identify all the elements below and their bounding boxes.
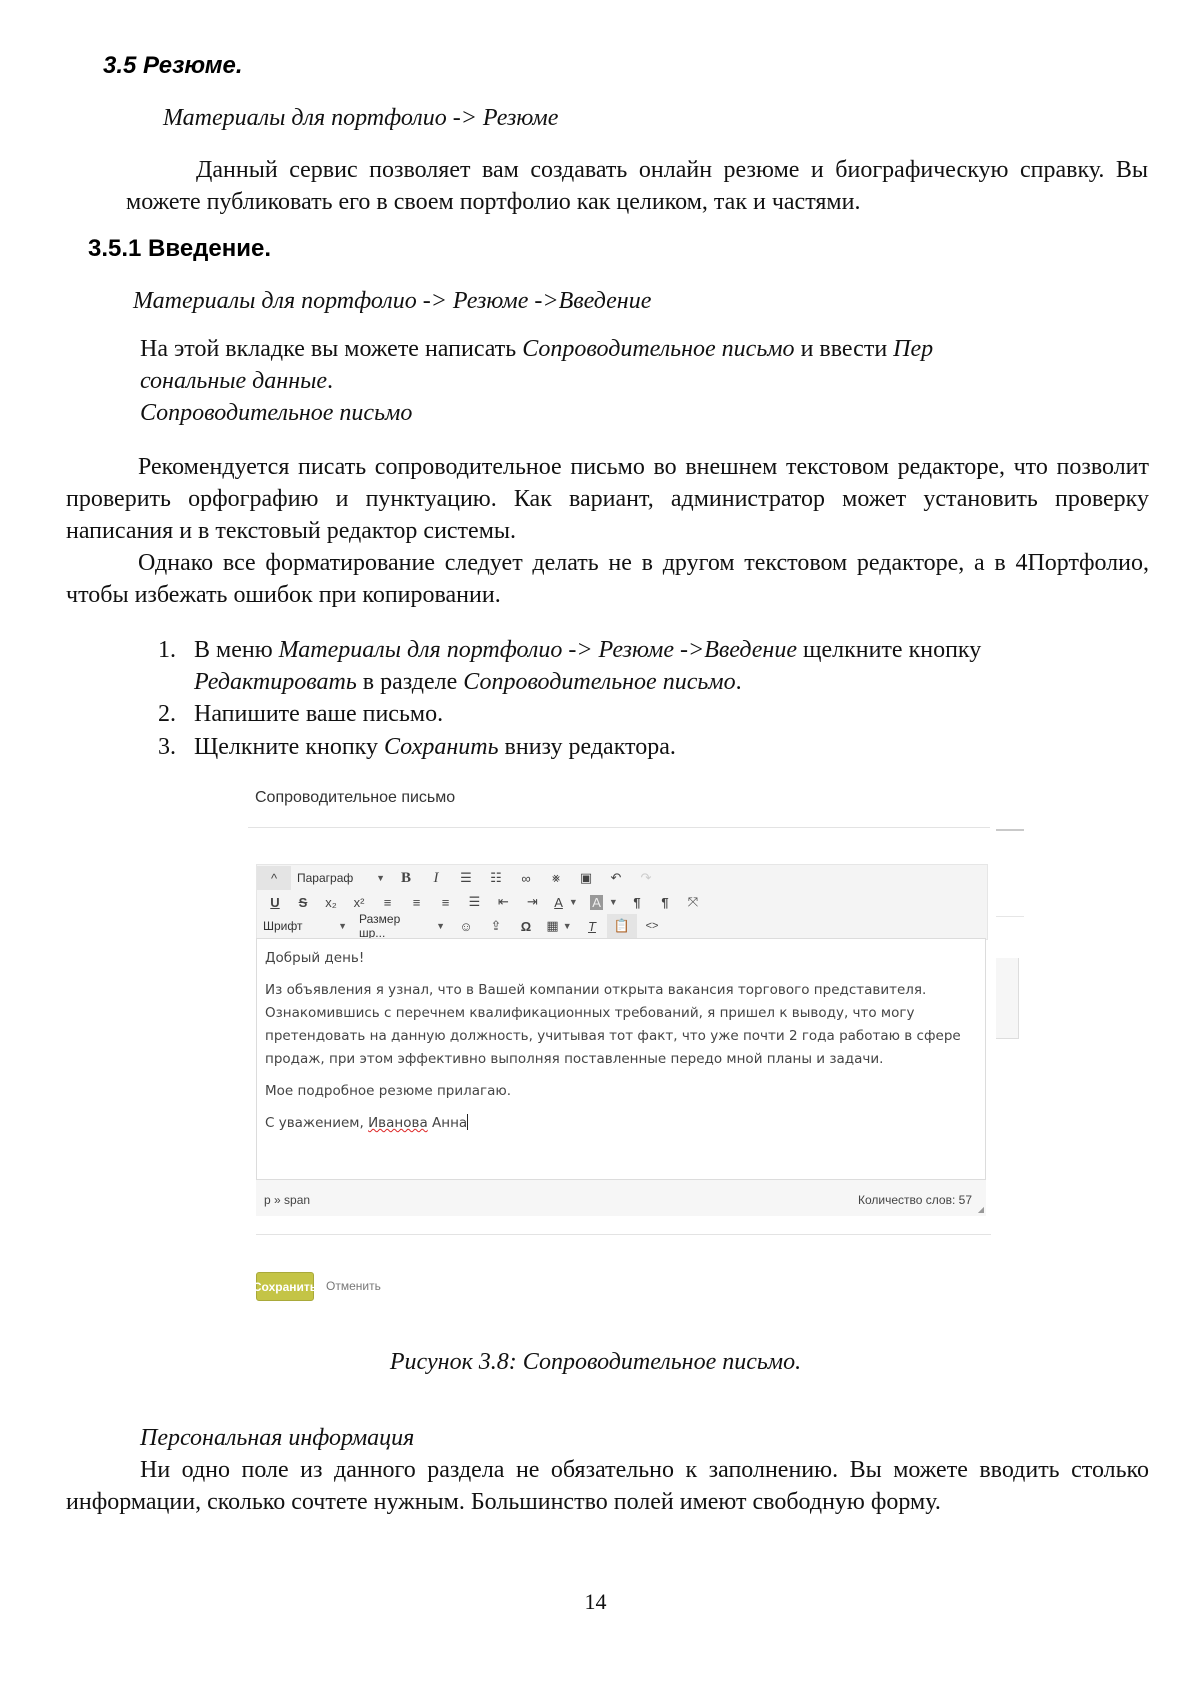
letter-attachment-line: Мое подробное резюме прилагаю. (265, 1080, 977, 1103)
divider (248, 827, 990, 828)
bullet-list-icon: ☰ (460, 870, 472, 886)
rtl-button[interactable]: ¶ (651, 890, 679, 914)
outdent-icon: ⇤ (498, 894, 509, 910)
indent-icon: ⇥ (527, 894, 538, 910)
superscript-button[interactable]: x² (345, 890, 373, 914)
text-color-button[interactable]: A▼ (547, 890, 585, 914)
indent-button[interactable]: ⇥ (518, 890, 547, 914)
align-left-icon: ≡ (384, 895, 392, 910)
collapse-icon: ^ (271, 871, 277, 886)
side-fragment (996, 958, 1019, 1039)
step-item: 1. В меню Материалы для портфолио -> Рез… (158, 634, 1148, 698)
divider (256, 1234, 991, 1235)
table-button[interactable]: ▦▼ (541, 914, 577, 938)
align-justify-button[interactable]: ☰ (460, 890, 489, 914)
upload-button[interactable]: ⇪ (481, 914, 511, 938)
align-center-icon: ≡ (413, 895, 421, 910)
bold-icon: B (401, 870, 411, 887)
editor-content-area[interactable]: Добрый день! Из объявления я узнал, что … (256, 938, 986, 1180)
paste-text-button[interactable]: 📋 (607, 914, 637, 938)
background-color-icon: A (590, 895, 603, 910)
strikethrough-icon: S (299, 895, 308, 910)
personal-data-term-b: сональные данные (140, 368, 327, 394)
spellcheck-error[interactable]: Иванова (368, 1115, 428, 1131)
clear-format-icon: T (588, 919, 596, 934)
step-item: 3. Щелкните кнопку Сохранить внизу редак… (158, 731, 1148, 764)
align-right-icon: ≡ (442, 895, 450, 910)
image-icon: ▣ (580, 870, 592, 886)
upload-icon: ⇪ (491, 918, 502, 934)
paste-text-icon: 📋 (614, 918, 630, 934)
editor-toolbar: ^ Параграф▼ B I ☰ ☷ ∞ ⨳ ▣ ↶ ↷ U S x₂ x² … (256, 864, 988, 940)
figure-caption: Рисунок 3.8: Сопроводительное письмо. (0, 1346, 1191, 1378)
chevron-down-icon: ▼ (609, 897, 618, 907)
italic-icon: I (434, 870, 439, 887)
card-title: Сопроводительное письмо (255, 789, 455, 807)
chevron-down-icon: ▼ (563, 921, 572, 931)
chevron-down-icon: ▼ (569, 897, 578, 907)
align-left-button[interactable]: ≡ (373, 890, 402, 914)
font-family-select[interactable]: Шрифт▼ (257, 914, 353, 938)
emoticons-button[interactable]: ☺ (451, 914, 481, 938)
fullscreen-icon: ⤧ (688, 894, 698, 910)
collapse-toolbar-button[interactable]: ^ (257, 866, 291, 890)
emoticons-icon: ☺ (459, 919, 472, 934)
text-color-icon: A (554, 895, 563, 910)
section-intro: Данный сервис позволяет вам создавать он… (126, 154, 1148, 218)
table-icon: ▦ (546, 918, 558, 934)
personal-data-term-a: Пер (893, 336, 933, 362)
editor-statusbar: p » span Количество слов: 57 ◢ (256, 1180, 986, 1216)
special-char-button[interactable]: Ω (511, 914, 541, 938)
section-breadcrumb: Материалы для портфолио -> Резюме (163, 102, 558, 134)
ltr-button[interactable]: ¶ (623, 890, 651, 914)
paragraph-recommend: Рекомендуется писать сопроводительное пи… (66, 451, 1149, 547)
code-icon: <> (646, 920, 659, 932)
rtl-icon: ¶ (661, 895, 668, 910)
undo-button[interactable]: ↶ (601, 866, 631, 890)
word-count: Количество слов: 57 (858, 1193, 972, 1207)
subscript-icon: x₂ (325, 895, 337, 910)
section-heading: 3.5 Резюме. (103, 52, 243, 80)
align-right-button[interactable]: ≡ (431, 890, 460, 914)
bold-button[interactable]: B (391, 866, 421, 890)
numbered-list-icon: ☷ (490, 870, 502, 886)
undo-icon: ↶ (611, 870, 622, 886)
personal-info-paragraph: Ни одно поле из данного раздела не обяза… (66, 1454, 1149, 1518)
steps-list: 1. В меню Материалы для портфолио -> Рез… (158, 634, 1148, 764)
paragraph-formatting: Однако все форматирование следует делать… (66, 547, 1149, 611)
element-path[interactable]: p » span (264, 1193, 310, 1207)
numbered-list-button[interactable]: ☷ (481, 866, 511, 890)
redo-icon: ↷ (641, 870, 652, 886)
background-color-button[interactable]: A▼ (585, 890, 623, 914)
clear-format-button[interactable]: T (577, 914, 607, 938)
text-cursor (467, 1114, 468, 1130)
link-button[interactable]: ∞ (511, 866, 541, 890)
superscript-icon: x² (354, 895, 365, 910)
font-size-select[interactable]: Размер шр...▼ (353, 914, 451, 938)
subscript-button[interactable]: x₂ (317, 890, 345, 914)
side-fragment (996, 829, 1024, 831)
bullet-list-button[interactable]: ☰ (451, 866, 481, 890)
strikethrough-button[interactable]: S (289, 890, 317, 914)
fullscreen-button[interactable]: ⤧ (679, 890, 707, 914)
side-fragment (996, 916, 1024, 917)
link-icon: ∞ (521, 871, 530, 886)
redo-button[interactable]: ↷ (631, 866, 661, 890)
letter-signature: С уважением, Иванова Анна (265, 1112, 977, 1135)
unlink-button[interactable]: ⨳ (541, 866, 571, 890)
special-char-icon: Ω (521, 919, 531, 934)
subsection-breadcrumb: Материалы для портфолио -> Резюме ->Введ… (133, 285, 651, 317)
figure-screenshot: Сопроводительное письмо ^ Параграф▼ B I … (248, 780, 1038, 1320)
image-button[interactable]: ▣ (571, 866, 601, 890)
tab-description: На этой вкладке вы можете написать Сопро… (140, 333, 1148, 397)
unlink-icon: ⨳ (552, 870, 560, 886)
personal-info-heading: Персональная информация (140, 1422, 414, 1454)
chevron-down-icon: ▼ (376, 873, 385, 883)
code-button[interactable]: <> (637, 914, 667, 938)
align-justify-icon: ☰ (469, 894, 481, 910)
chevron-down-icon: ▼ (436, 921, 445, 931)
italic-button[interactable]: I (421, 866, 451, 890)
chevron-down-icon: ▼ (338, 921, 347, 931)
underline-icon: U (270, 895, 279, 910)
cover-letter-term: Сопроводительное письмо (522, 336, 794, 362)
format-select[interactable]: Параграф▼ (291, 866, 391, 890)
ltr-icon: ¶ (633, 895, 640, 910)
outdent-button[interactable]: ⇤ (489, 890, 518, 914)
underline-button[interactable]: U (261, 890, 289, 914)
cancel-link[interactable]: Отменить (326, 1279, 381, 1293)
subsection-heading: 3.5.1 Введение. (88, 235, 271, 263)
letter-body: Из объявления я узнал, что в Вашей компа… (265, 979, 977, 1071)
letter-greeting: Добрый день! (265, 947, 977, 970)
save-button[interactable]: Сохранить (256, 1272, 314, 1301)
align-center-button[interactable]: ≡ (402, 890, 431, 914)
cover-letter-heading: Сопроводительное письмо (140, 397, 412, 429)
page-number: 14 (0, 1586, 1191, 1618)
step-item: 2. Напишите ваше письмо. (158, 698, 1148, 731)
resize-handle-icon[interactable]: ◢ (978, 1205, 984, 1214)
